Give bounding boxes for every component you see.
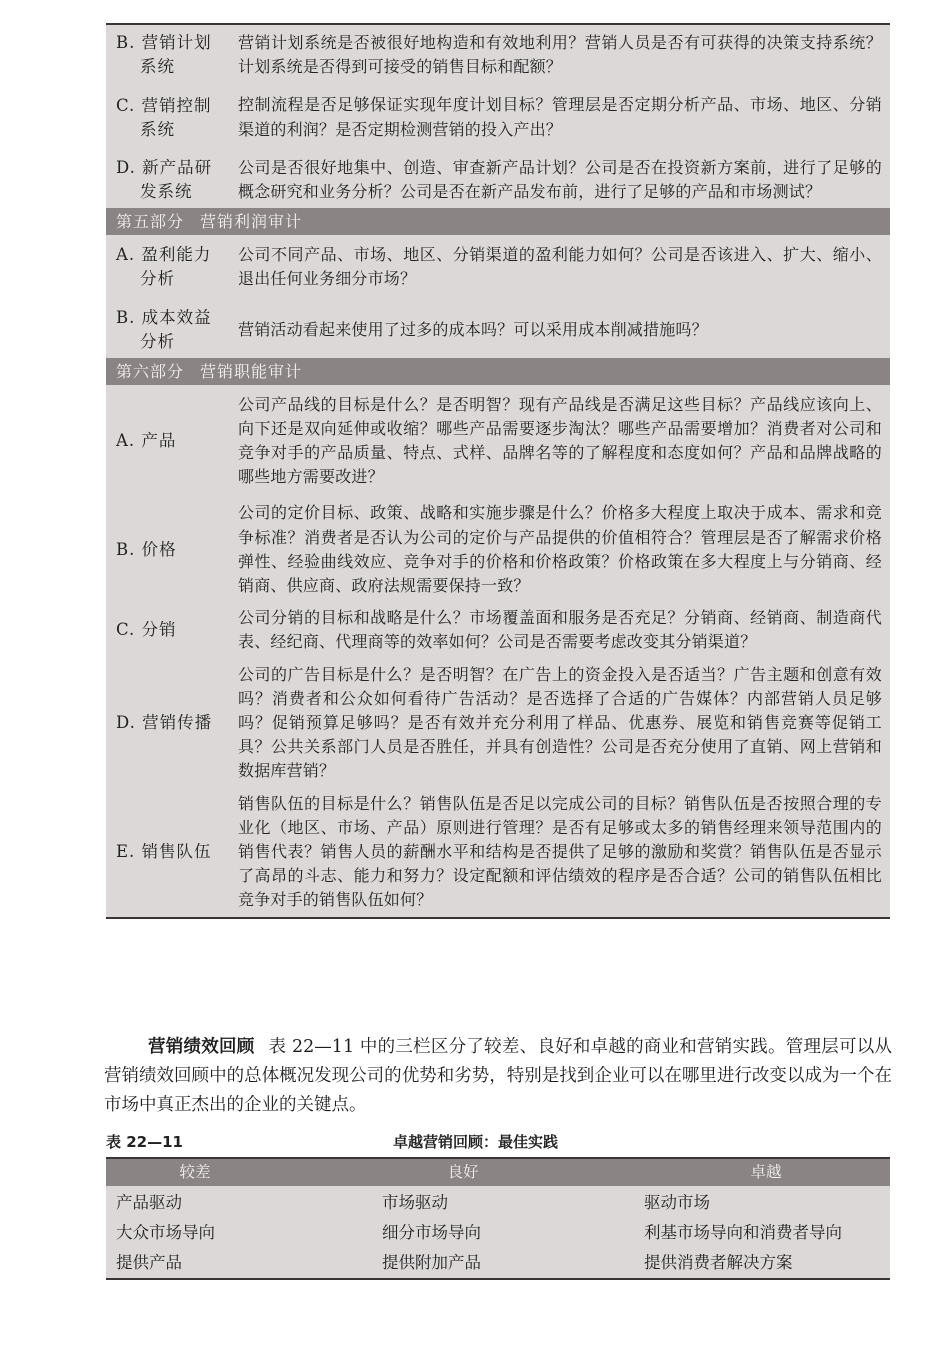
audit-row-profitability: A. 盈利能力 分析 公司不同产品、市场、地区、分销渠道的盈利能力如何？公司是否… (106, 235, 890, 297)
row-label: D. 营销传播 (106, 711, 238, 735)
row-label-line1: C. 营销控制 (116, 94, 238, 118)
row-label: B. 成本效益 分析 (106, 306, 238, 354)
table-header-row: 较差 良好 卓越 (106, 1159, 890, 1186)
row-label-line2: 分析 (116, 330, 238, 354)
audit-row-distribution: C. 分销 公司分销的目标和战略是什么？市场覆盖面和服务是否充足？分销商、经销商… (106, 602, 890, 658)
row-text: 公司的定价目标、政策、战略和实施步骤是什么？价格多大程度上取决于成本、需求和竞争… (238, 501, 890, 598)
section-header-part6: 第六部分营销职能审计 (106, 358, 890, 385)
row-text: 公司分销的目标和战略是什么？市场覆盖面和服务是否充足？分销商、经销商、制造商代表… (238, 606, 890, 654)
row-label-line1: A. 盈利能力 (116, 243, 238, 267)
table-title: 卓越营销回顾：最佳实践 (393, 1131, 558, 1152)
body-paragraph: 营销绩效回顾表 22—11 中的三栏区分了较差、良好和卓越的商业和营销实践。管理… (104, 1033, 892, 1120)
row-label-line1: B. 营销计划 (116, 31, 238, 55)
row-label: B. 价格 (106, 538, 238, 562)
row-label: C. 营销控制 系统 (106, 94, 238, 142)
audit-row-cost-effectiveness: B. 成本效益 分析 营销活动看起来使用了过多的成本吗？可以采用成本削减措施吗？ (106, 298, 890, 358)
audit-row-control-system: C. 营销控制 系统 控制流程是否足够保证实现年度计划目标？管理层是否定期分析产… (106, 89, 890, 151)
row-text: 营销活动看起来使用了过多的成本吗？可以采用成本削减措施吗？ (238, 318, 890, 342)
row-label: A. 产品 (106, 429, 238, 453)
cell-excellent: 驱动市场 (634, 1188, 890, 1218)
paragraph-lead: 营销绩效回顾 (148, 1037, 254, 1057)
row-label: E. 销售队伍 (106, 840, 238, 864)
row-text: 公司是否很好地集中、创造、审查新产品计划？公司是否在投资新方案前，进行了足够的概… (238, 156, 890, 204)
column-header-excellent: 卓越 (642, 1159, 890, 1186)
row-text: 公司的广告目标是什么？是否明智？在广告上的资金投入是否适当？广告主题和创意有效吗… (238, 663, 890, 784)
cell-excellent: 提供消费者解决方案 (634, 1248, 890, 1278)
audit-row-planning-system: B. 营销计划 系统 营销计划系统是否被很好地构造和有效地利用？营销人员是否有可… (106, 25, 890, 89)
audit-row-new-product-system: D. 新产品研 发系统 公司是否很好地集中、创造、审查新产品计划？公司是否在投资… (106, 152, 890, 208)
row-text: 营销计划系统是否被很好地构造和有效地利用？营销人员是否有可获得的决策支持系统？计… (238, 31, 890, 79)
section-part-label: 第六部分 (116, 362, 184, 381)
column-header-poor: 较差 (106, 1159, 284, 1186)
marketing-audit-table: B. 营销计划 系统 营销计划系统是否被很好地构造和有效地利用？营销人员是否有可… (106, 23, 890, 919)
cell-excellent: 利基市场导向和消费者导向 (634, 1218, 890, 1248)
section-title: 营销职能审计 (200, 362, 302, 381)
cell-poor: 大众市场导向 (106, 1218, 372, 1248)
row-text: 销售队伍的目标是什么？销售队伍是否足以完成公司的目标？销售队伍是否按照合理的专业… (238, 792, 890, 913)
table-row: 大众市场导向 细分市场导向 利基市场导向和消费者导向 (106, 1218, 890, 1248)
audit-row-marketing-communication: D. 营销传播 公司的广告目标是什么？是否明智？在广告上的资金投入是否适当？广告… (106, 659, 890, 788)
cell-good: 细分市场导向 (372, 1218, 634, 1248)
audit-row-sales-force: E. 销售队伍 销售队伍的目标是什么？销售队伍是否足以完成公司的目标？销售队伍是… (106, 788, 890, 917)
section-part-label: 第五部分 (116, 212, 184, 231)
cell-poor: 提供产品 (106, 1248, 372, 1278)
row-label-line2: 系统 (116, 118, 238, 142)
audit-row-product: A. 产品 公司产品线的目标是什么？是否明智？现有产品线是否满足这些目标？产品线… (106, 385, 890, 498)
row-label: A. 盈利能力 分析 (106, 243, 238, 291)
column-header-good: 良好 (284, 1159, 642, 1186)
row-label-line2: 发系统 (116, 180, 238, 204)
best-practices-table: 较差 良好 卓越 产品驱动 市场驱动 驱动市场 大众市场导向 细分市场导向 利基… (106, 1157, 890, 1280)
section-title: 营销利润审计 (200, 212, 302, 231)
row-text: 控制流程是否足够保证实现年度计划目标？管理层是否定期分析产品、市场、地区、分销渠… (238, 93, 890, 141)
cell-good: 市场驱动 (372, 1188, 634, 1218)
table-row: 提供产品 提供附加产品 提供消费者解决方案 (106, 1248, 890, 1278)
table-number: 表 22—11 (106, 1131, 183, 1152)
row-label: D. 新产品研 发系统 (106, 156, 238, 204)
row-label: B. 营销计划 系统 (106, 31, 238, 79)
section-header-part5: 第五部分营销利润审计 (106, 208, 890, 235)
row-label: C. 分销 (106, 618, 238, 642)
row-text: 公司产品线的目标是什么？是否明智？现有产品线是否满足这些目标？产品线应该向上、向… (238, 393, 890, 490)
row-label-line1: B. 成本效益 (116, 306, 238, 330)
table-row: 产品驱动 市场驱动 驱动市场 (106, 1188, 890, 1218)
row-label-line2: 系统 (116, 55, 238, 79)
row-text: 公司不同产品、市场、地区、分销渠道的盈利能力如何？公司是否该进入、扩大、缩小、退… (238, 243, 890, 291)
row-label-line1: D. 新产品研 (116, 156, 238, 180)
cell-good: 提供附加产品 (372, 1248, 634, 1278)
row-label-line2: 分析 (116, 267, 238, 291)
audit-row-price: B. 价格 公司的定价目标、政策、战略和实施步骤是什么？价格多大程度上取决于成本… (106, 497, 890, 602)
cell-poor: 产品驱动 (106, 1188, 372, 1218)
